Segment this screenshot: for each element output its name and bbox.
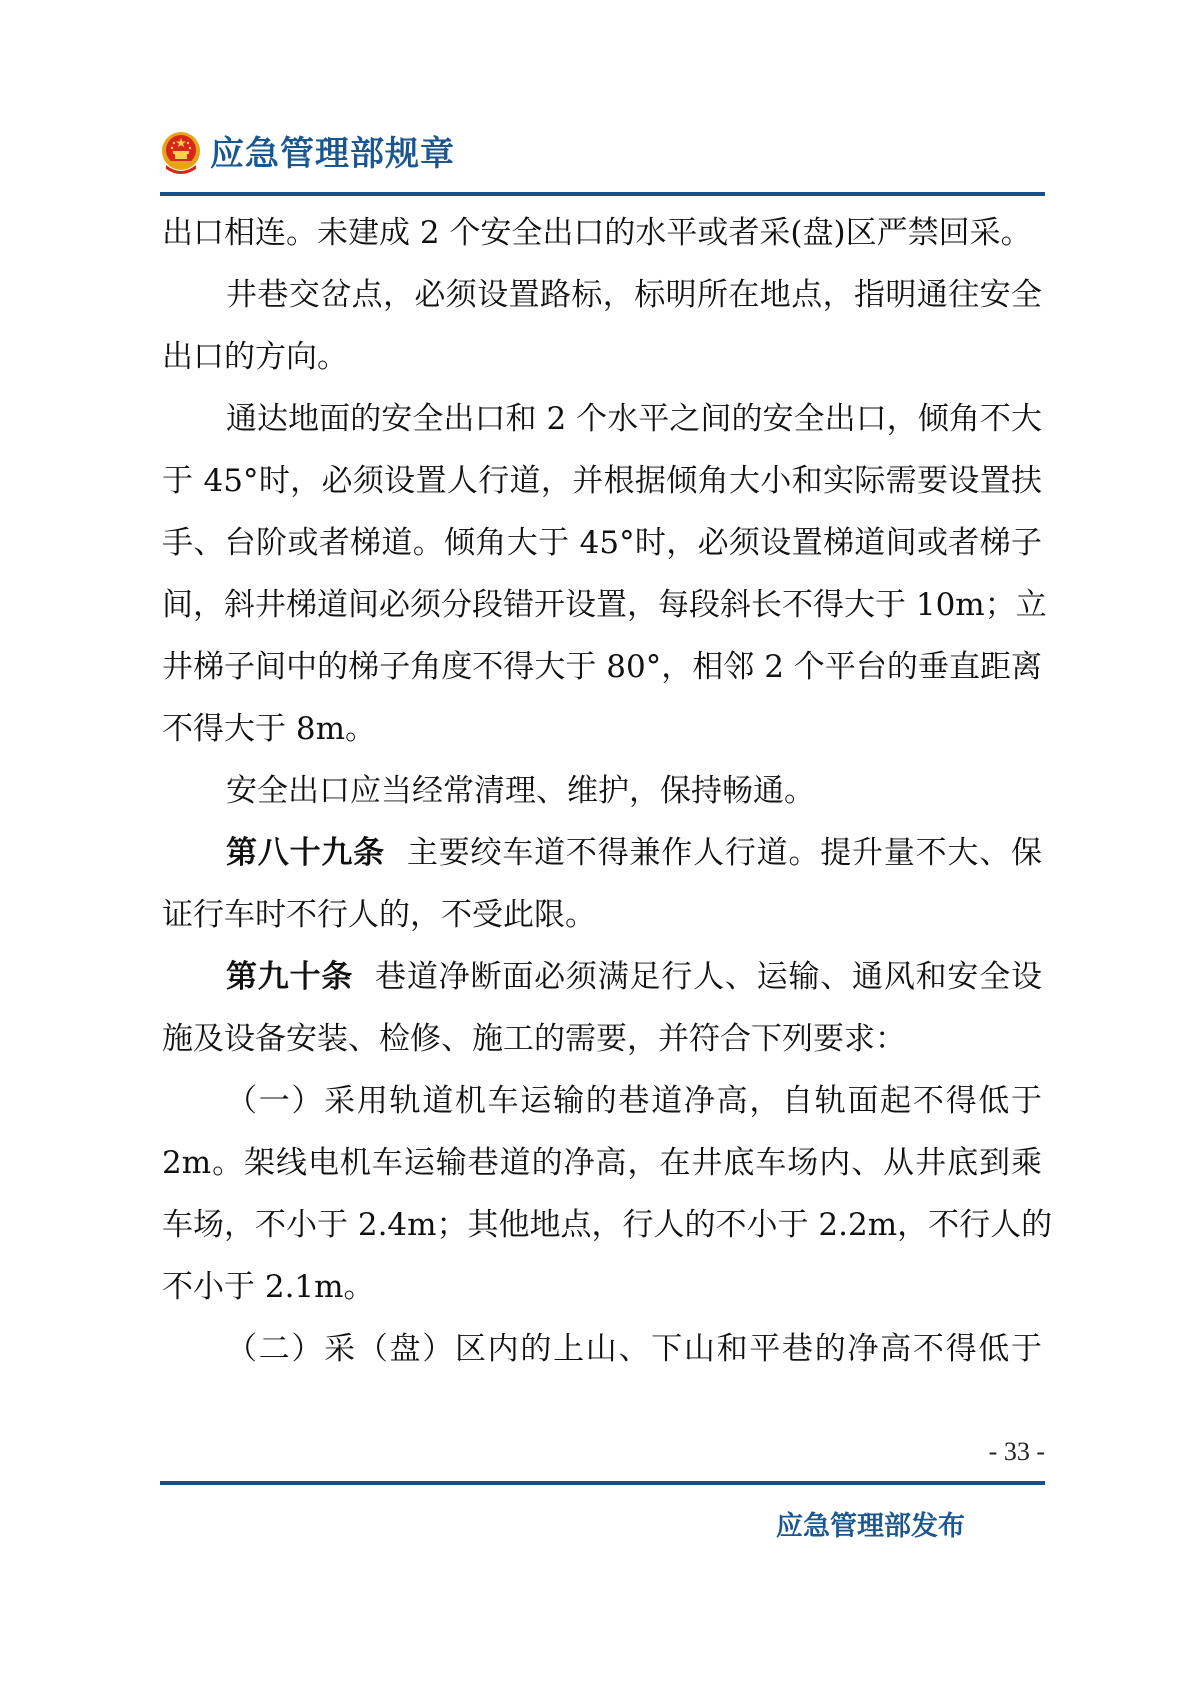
page-number: - 33 - bbox=[950, 1436, 1045, 1468]
line-text: 不小于 2.1m。 bbox=[162, 1269, 375, 1305]
line-text: （二）采（盘）区内的上山、下山和平巷的净高不得低于 bbox=[226, 1331, 1042, 1367]
text-line: 2m。架线电机车运输巷道的净高，在井底车场内、从井底到乘 bbox=[162, 1132, 1042, 1194]
article-line: 第九十条巷道净断面必须满足行人、运输、通风和安全设 bbox=[162, 946, 1042, 1008]
line-text: 2m。架线电机车运输巷道的净高，在井底车场内、从井底到乘 bbox=[162, 1145, 1042, 1181]
text-line: 出口相连。未建成 2 个安全出口的水平或者采(盘)区严禁回采。 bbox=[162, 202, 1042, 264]
text-line: （二）采（盘）区内的上山、下山和平巷的净高不得低于 bbox=[162, 1318, 1042, 1380]
line-text: 通达地面的安全出口和 2 个水平之间的安全出口，倾角不大 bbox=[226, 401, 1042, 437]
line-text: 证行车时不行人的，不受此限。 bbox=[162, 897, 596, 933]
line-text: 安全出口应当经常清理、维护，保持畅通。 bbox=[226, 773, 815, 809]
text-line: 证行车时不行人的，不受此限。 bbox=[162, 884, 1042, 946]
text-line: 间，斜井梯道间必须分段错开设置，每段斜长不得大于 10m；立 bbox=[162, 574, 1042, 636]
text-line: 施及设备安装、检修、施工的需要，并符合下列要求： bbox=[162, 1008, 1042, 1070]
footer-divider bbox=[160, 1481, 1045, 1485]
line-text: 出口的方向。 bbox=[162, 339, 348, 375]
line-text: 间，斜井梯道间必须分段错开设置，每段斜长不得大于 10m；立 bbox=[162, 587, 1047, 623]
header-title: 应急管理部规章 bbox=[210, 128, 455, 180]
article-number: 第九十条 bbox=[226, 959, 353, 995]
line-text: 巷道净断面必须满足行人、运输、通风和安全设 bbox=[375, 959, 1042, 995]
document-header: 应急管理部规章 bbox=[160, 128, 455, 180]
line-text: 手、台阶或者梯道。倾角大于 45°时，必须设置梯道间或者梯子 bbox=[162, 525, 1042, 561]
text-line: （一）采用轨道机车运输的巷道净高，自轨面起不得低于 bbox=[162, 1070, 1042, 1132]
header-divider bbox=[160, 192, 1045, 196]
text-line: 不得大于 8m。 bbox=[162, 698, 1042, 760]
document-body: 出口相连。未建成 2 个安全出口的水平或者采(盘)区严禁回采。井巷交岔点，必须设… bbox=[162, 202, 1042, 1380]
text-line: 于 45°时，必须设置人行道，并根据倾角大小和实际需要设置扶 bbox=[162, 450, 1042, 512]
text-line: 出口的方向。 bbox=[162, 326, 1042, 388]
line-text: 井梯子间中的梯子角度不得大于 80°，相邻 2 个平台的垂直距离 bbox=[162, 649, 1042, 685]
text-line: 安全出口应当经常清理、维护，保持畅通。 bbox=[162, 760, 1042, 822]
text-line: 通达地面的安全出口和 2 个水平之间的安全出口，倾角不大 bbox=[162, 388, 1042, 450]
line-text: 车场，不小于 2.4m；其他地点，行人的不小于 2.2m，不行人的 bbox=[162, 1207, 1052, 1243]
text-line: 手、台阶或者梯道。倾角大于 45°时，必须设置梯道间或者梯子 bbox=[162, 512, 1042, 574]
line-text: 不得大于 8m。 bbox=[162, 711, 376, 747]
line-text: 井巷交岔点，必须设置路标，标明所在地点，指明通往安全 bbox=[226, 277, 1042, 313]
text-line: 井梯子间中的梯子角度不得大于 80°，相邻 2 个平台的垂直距离 bbox=[162, 636, 1042, 698]
line-text: 主要绞车道不得兼作人行道。提升量不大、保 bbox=[407, 835, 1042, 871]
article-number: 第八十九条 bbox=[226, 835, 385, 871]
article-line: 第八十九条主要绞车道不得兼作人行道。提升量不大、保 bbox=[162, 822, 1042, 884]
line-text: 于 45°时，必须设置人行道，并根据倾角大小和实际需要设置扶 bbox=[162, 463, 1042, 499]
line-text: 施及设备安装、检修、施工的需要，并符合下列要求： bbox=[162, 1021, 906, 1057]
text-line: 车场，不小于 2.4m；其他地点，行人的不小于 2.2m，不行人的 bbox=[162, 1194, 1042, 1256]
line-text: （一）采用轨道机车运输的巷道净高，自轨面起不得低于 bbox=[226, 1083, 1042, 1119]
text-line: 不小于 2.1m。 bbox=[162, 1256, 1042, 1318]
footer-publisher: 应急管理部发布 bbox=[776, 1509, 965, 1545]
national-emblem-icon bbox=[160, 131, 202, 177]
line-text: 出口相连。未建成 2 个安全出口的水平或者采(盘)区严禁回采。 bbox=[162, 215, 1032, 251]
text-line: 井巷交岔点，必须设置路标，标明所在地点，指明通往安全 bbox=[162, 264, 1042, 326]
